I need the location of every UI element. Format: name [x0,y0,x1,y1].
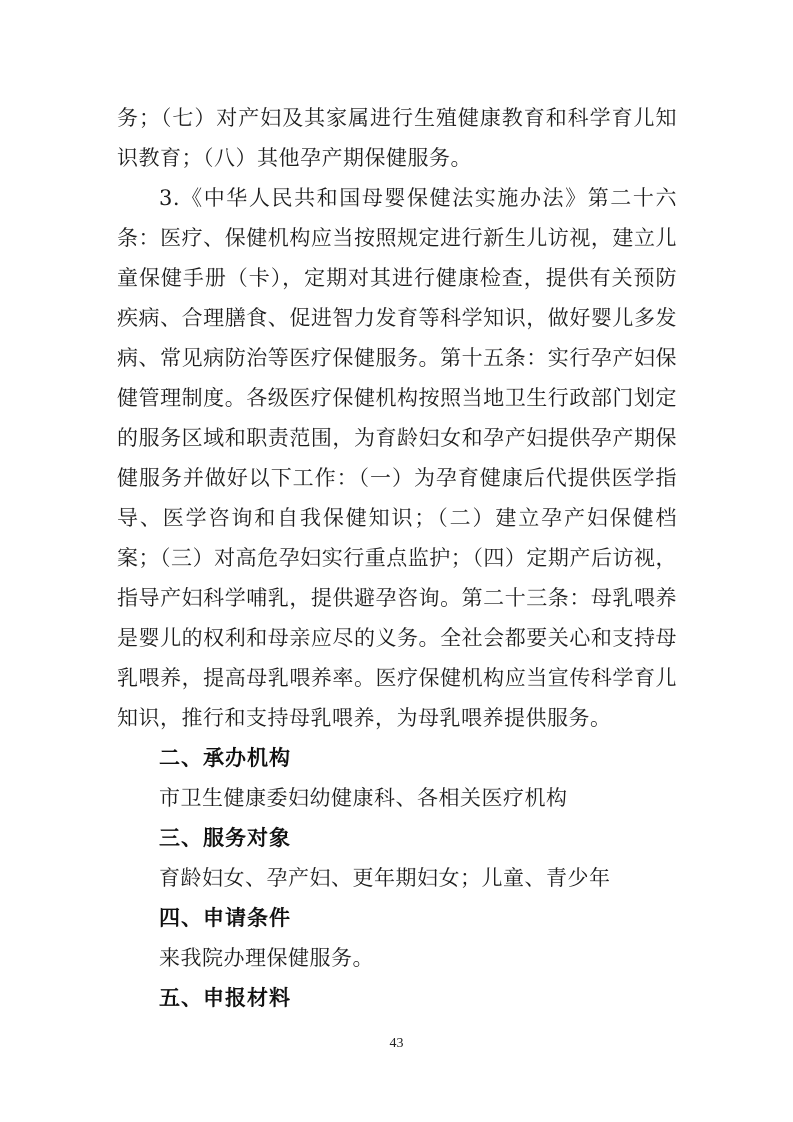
page-number: 43 [390,1036,404,1051]
paragraph: 育龄妇女、孕产妇、更年期妇女；儿童、青少年 [117,858,677,898]
page-footer: 43 [0,1032,793,1052]
paragraph: 3.《中华人民共和国母婴保健法实施办法》第二十六条：医疗、保健机构应当按照规定进… [117,178,677,738]
section-heading: 三、服务对象 [117,818,677,858]
document-page: 务；（七）对产妇及其家属进行生殖健康教育和科学育儿知识教育；（八）其他孕产期保健… [0,0,793,1122]
paragraph: 市卫生健康委妇幼健康科、各相关医疗机构 [117,778,677,818]
paragraph: 务；（七）对产妇及其家属进行生殖健康教育和科学育儿知识教育；（八）其他孕产期保健… [117,98,677,178]
document-body: 务；（七）对产妇及其家属进行生殖健康教育和科学育儿知识教育；（八）其他孕产期保健… [117,98,677,1018]
section-heading: 五、申报材料 [117,978,677,1018]
section-heading: 二、承办机构 [117,738,677,778]
section-heading: 四、申请条件 [117,898,677,938]
paragraph: 来我院办理保健服务。 [117,938,677,978]
